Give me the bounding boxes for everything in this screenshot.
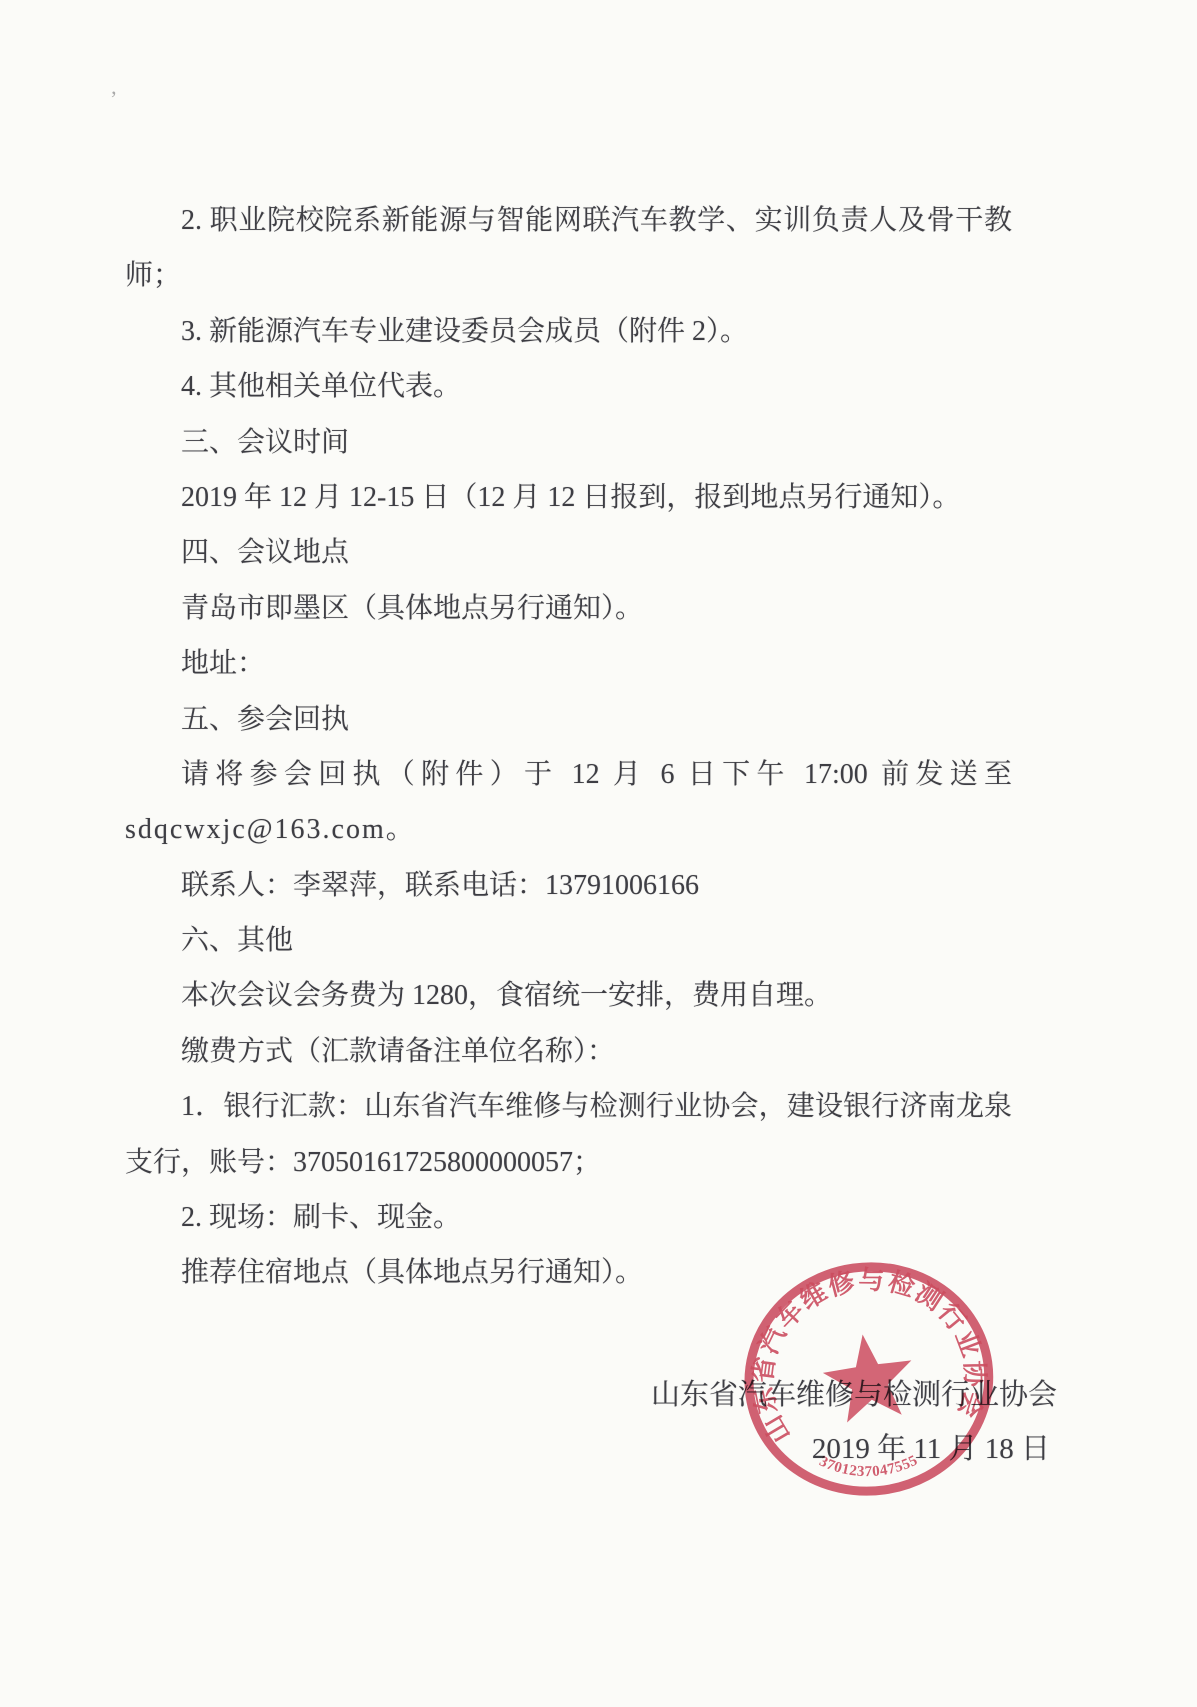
document-line: 1．银行汇款：山东省汽车维修与检测行业协会，建设银行济南龙泉 xyxy=(125,1079,1012,1134)
document-line: 五、参会回执 xyxy=(125,692,1012,747)
document-line: 缴费方式（汇款请备注单位名称）： xyxy=(125,1024,1012,1079)
document-line-account: 支行，账号：37050161725800000057； xyxy=(125,1135,1012,1190)
document-line: 地址： xyxy=(125,636,1012,691)
document-line: 4. 其他相关单位代表。 xyxy=(125,359,1012,414)
scan-artifact-mark: ’ xyxy=(110,86,117,112)
official-seal: 山东省汽车维修与检测行业协会 3701237047555 xyxy=(724,1241,1013,1519)
document-line: 四、会议地点 xyxy=(125,525,1012,580)
document-line: 2. 现场：刷卡、现金。 xyxy=(125,1190,1012,1245)
document-line-email: sdqcwxjc@163.com。 xyxy=(125,802,1012,857)
document-line-contact: 联系人：李翠萍，联系电话：13791006166 xyxy=(125,858,1012,913)
document-line: 师； xyxy=(125,248,1012,303)
document-line: 三、会议时间 xyxy=(125,415,1012,470)
document-line: 六、其他 xyxy=(125,913,1012,968)
star-icon xyxy=(818,1328,918,1425)
document-line: 本次会议会务费为 1280，食宿统一安排，费用自理。 xyxy=(125,968,1012,1023)
document-body: 2. 职业院校院系新能源与智能网联汽车教学、实训负责人及骨干教 师； 3. 新能… xyxy=(125,193,1012,1301)
document-line: 请将参会回执（附件）于 12 月 6 日下午 17:00 前发送至 xyxy=(125,747,1012,802)
document-line: 2019 年 12 月 12-15 日（12 月 12 日报到，报到地点另行通知… xyxy=(125,470,1012,525)
document-line: 2. 职业院校院系新能源与智能网联汽车教学、实训负责人及骨干教 xyxy=(125,193,1012,248)
scanned-document-page: { "page": { "background": "#fbfbf8", "te… xyxy=(0,0,1197,1707)
document-line: 青岛市即墨区（具体地点另行通知）。 xyxy=(125,581,1012,636)
document-line: 3. 新能源汽车专业建设委员会成员（附件 2）。 xyxy=(125,304,1012,359)
